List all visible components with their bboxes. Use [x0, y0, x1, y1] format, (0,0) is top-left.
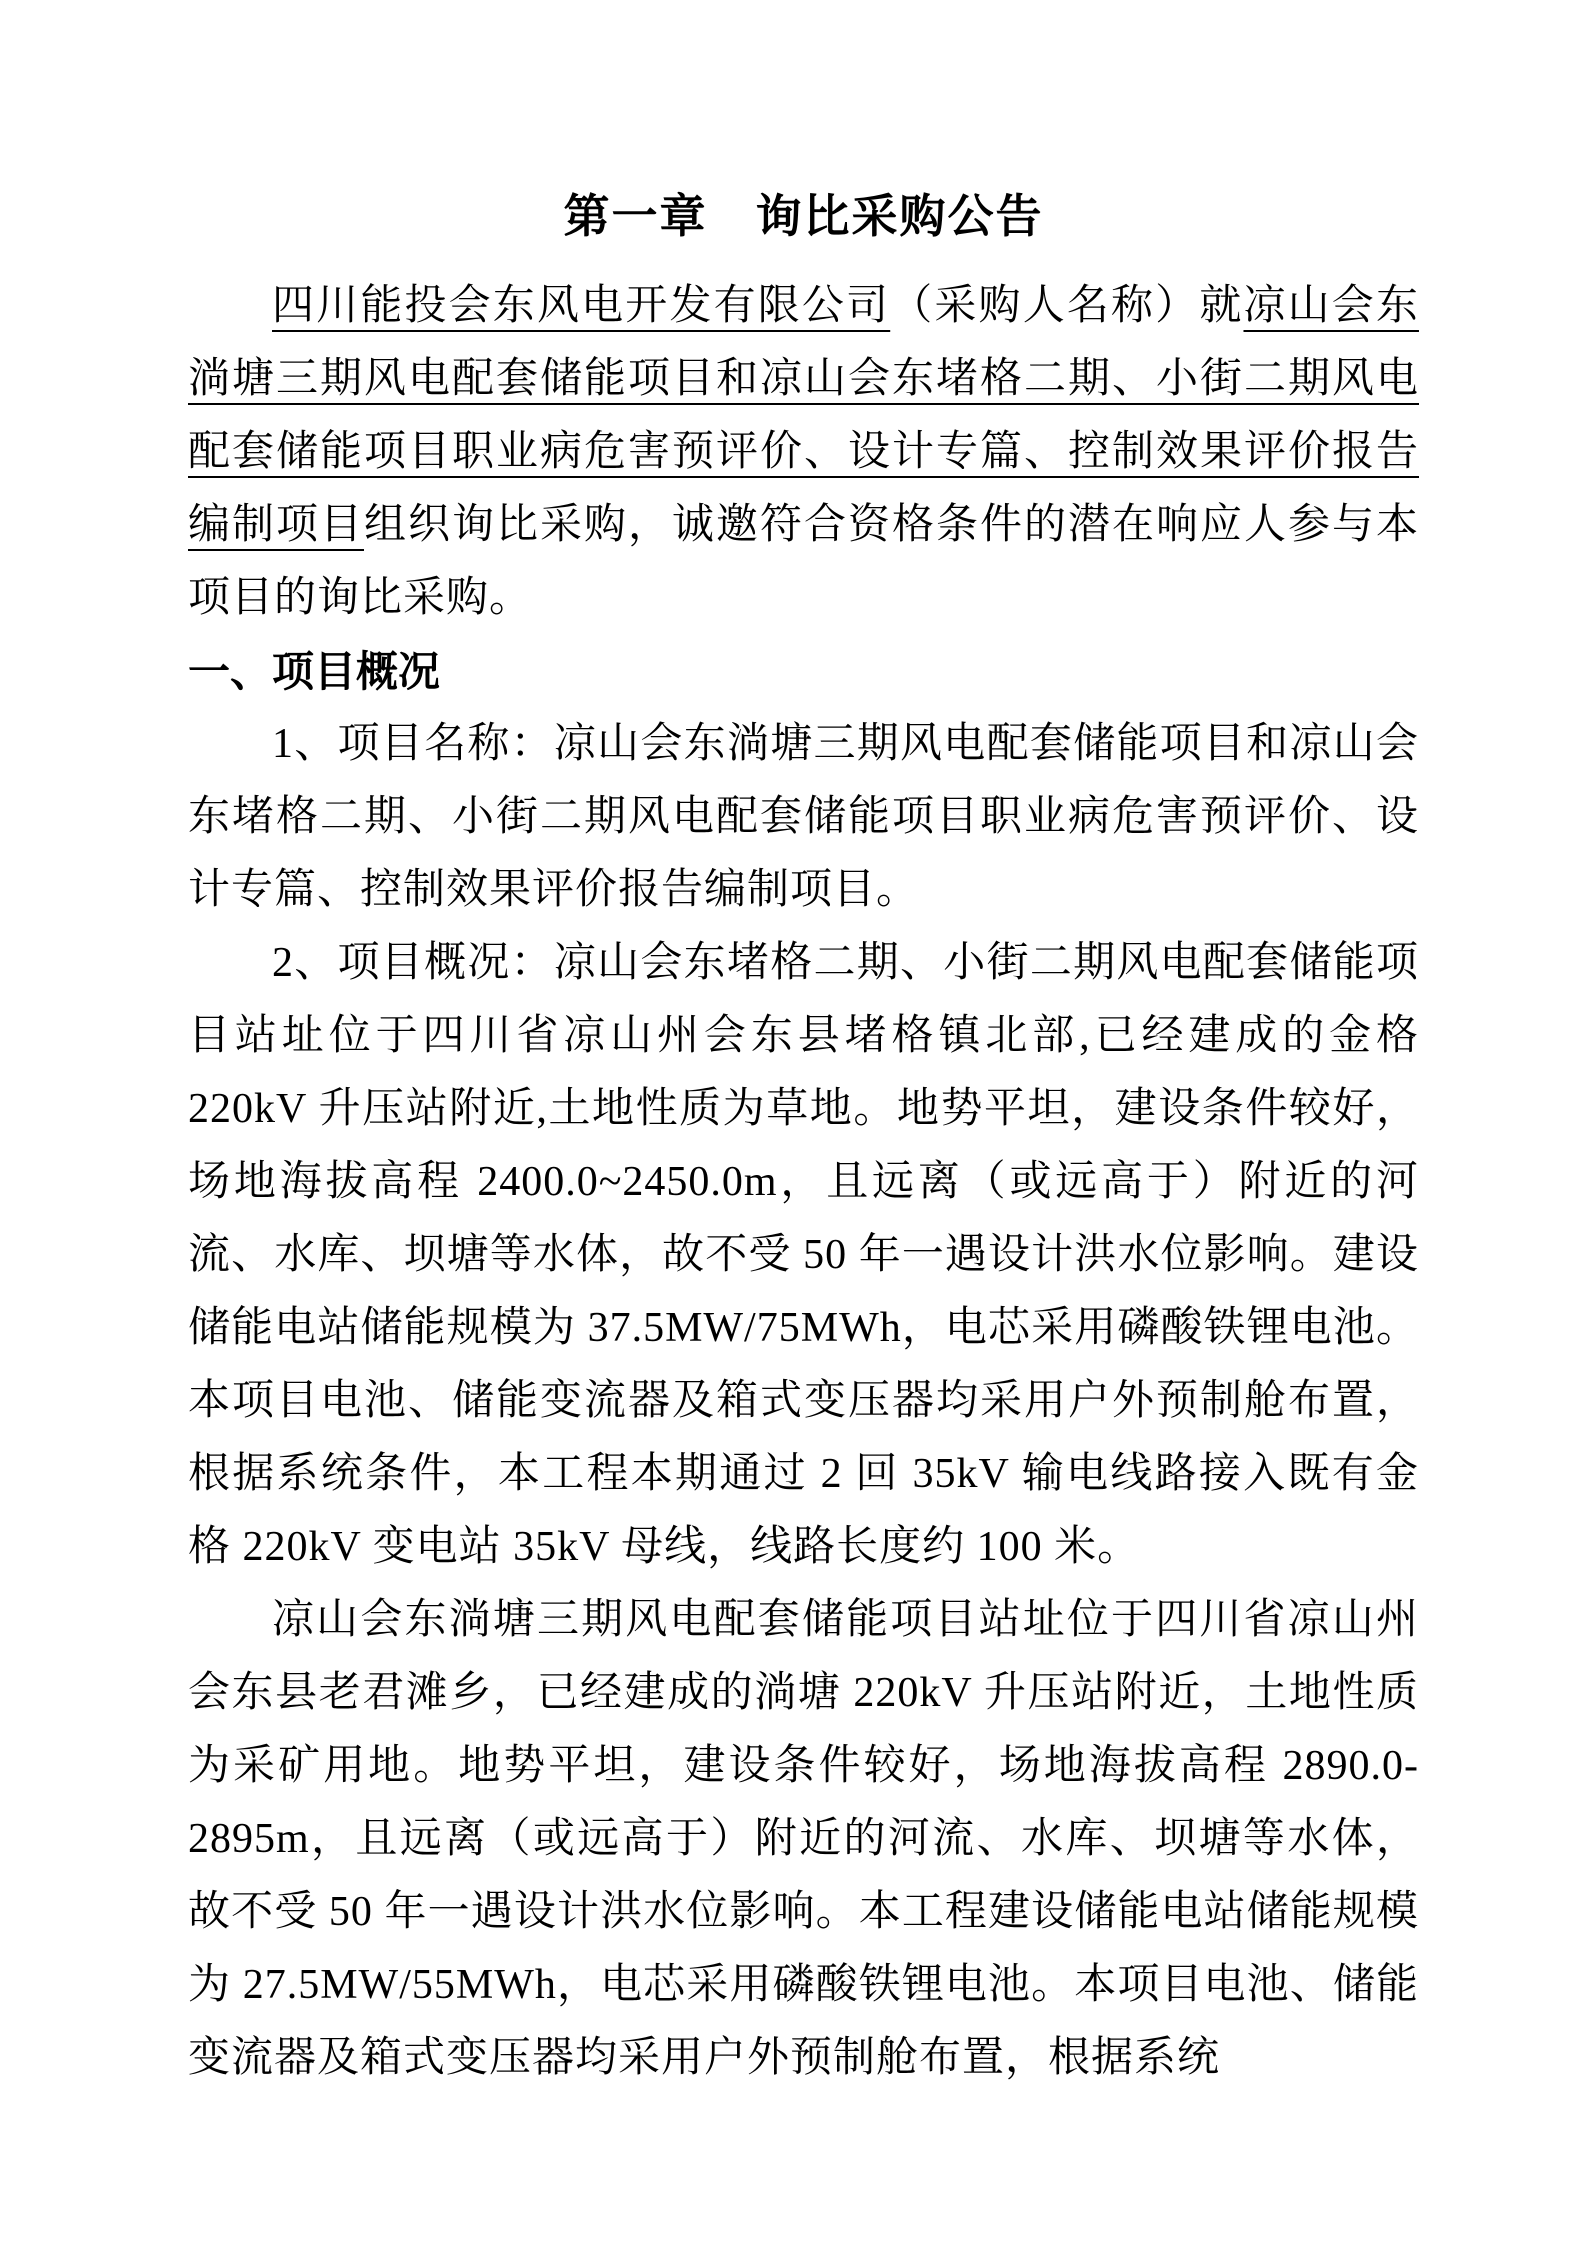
- intro-paragraph: 四川能投会东风电开发有限公司（采购人名称）就凉山会东淌塘三期风电配套储能项目和凉…: [188, 270, 1419, 635]
- paragraph-project-overview-continued: 凉山会东淌塘三期风电配套储能项目站址位于四川省凉山州会东县老君滩乡，已经建成的淌…: [188, 1584, 1419, 2095]
- section-heading-project-overview: 一、项目概况: [188, 635, 1419, 708]
- purchaser-label: （采购人名称）就: [890, 283, 1243, 329]
- intro-closing-text: 组织询比采购，诚邀符合资格条件的潜在响应人参与本项目的询比采购。: [188, 502, 1419, 621]
- document-page: 第一章 询比采购公告 四川能投会东风电开发有限公司（采购人名称）就凉山会东淌塘三…: [0, 0, 1587, 2245]
- paragraph-project-name: 1、项目名称：凉山会东淌塘三期风电配套储能项目和凉山会东堵格二期、小街二期风电配…: [188, 708, 1419, 927]
- paragraph-project-overview: 2、项目概况：凉山会东堵格二期、小街二期风电配套储能项目站址位于四川省凉山州会东…: [188, 927, 1419, 1584]
- purchaser-name-underlined: 四川能投会东风电开发有限公司: [272, 283, 890, 329]
- chapter-title: 第一章 询比采购公告: [188, 186, 1419, 246]
